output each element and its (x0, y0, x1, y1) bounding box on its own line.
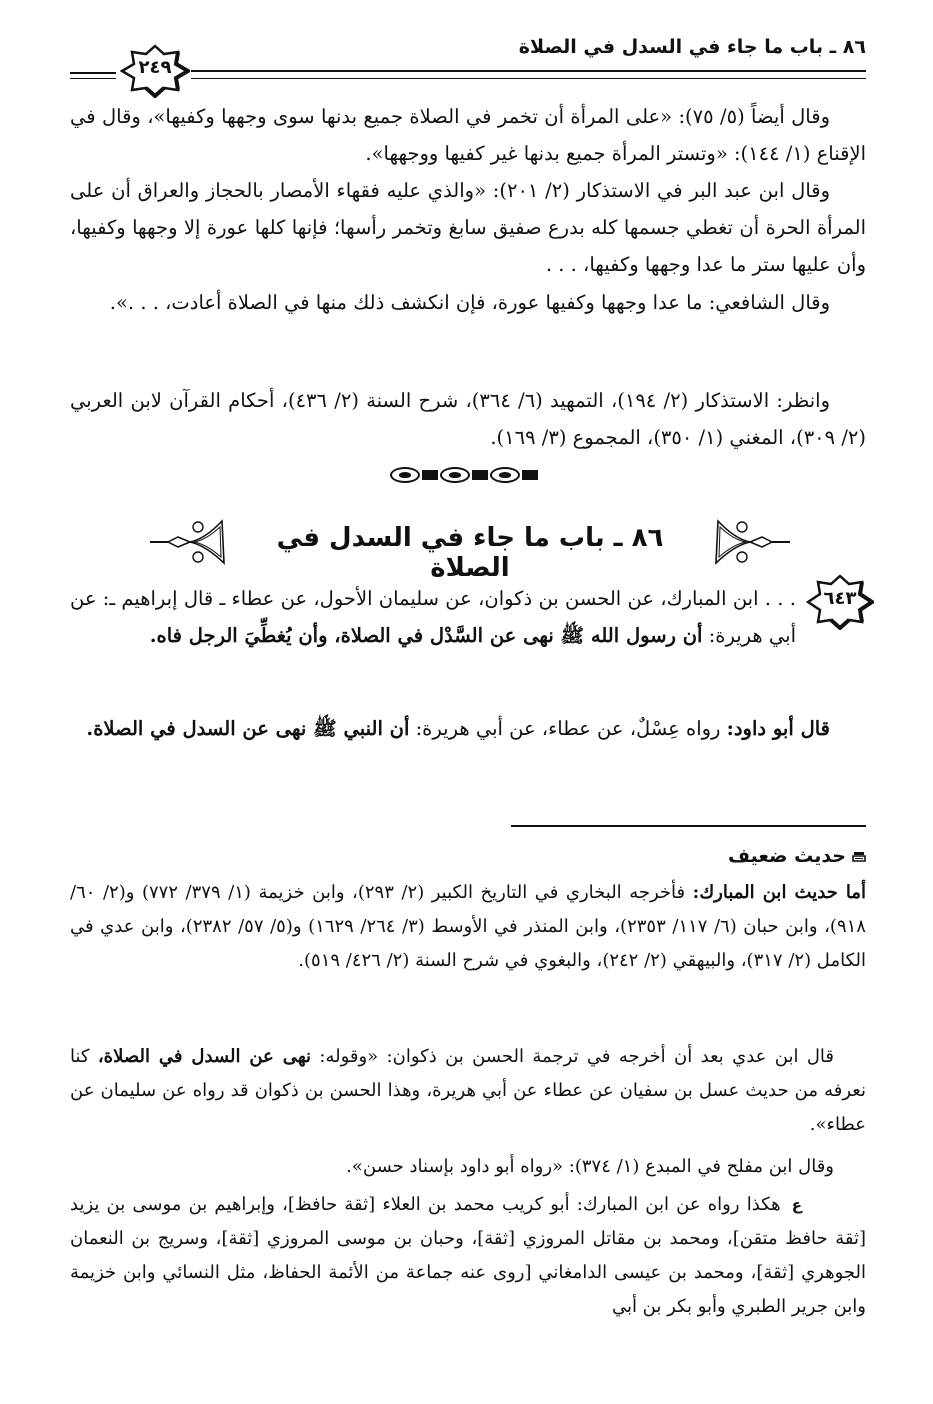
grading-label: حديث ضعيف (728, 845, 846, 867)
ornament-bar (522, 470, 538, 480)
bullet-icon: ع (792, 1188, 834, 1222)
hadith-text: . . . ابن المبارك، عن الحسن بن ذكوان، عن… (70, 580, 866, 654)
flower-ornament-icon (440, 467, 470, 483)
flourish-left-icon (150, 517, 230, 567)
flourish-right-icon (710, 517, 790, 567)
footnote-paragraph: وقال ابن مفلح في المبدع (١/ ٣٧٤): «رواه … (70, 1150, 866, 1184)
ornament-divider (390, 466, 545, 484)
commentary-paragraph: وقال أيضاً (٥/ ٧٥): «على المرأة أن تخمر … (70, 98, 866, 172)
grading-heading: حديث ضعيف (728, 845, 866, 867)
flower-ornament-icon (390, 467, 420, 483)
hadith-matn: أن رسول الله ﷺ نهى عن السَّدْل في الصلاة… (150, 624, 703, 647)
footnote-separator (511, 825, 866, 827)
page-number: ٢٤٩ (120, 57, 190, 78)
ornament-bar (472, 470, 488, 480)
running-header: ٨٦ ـ باب ما جاء في السدل في الصلاة ٢٤٩ (70, 30, 866, 90)
footnote-paragraph: أما حديث ابن المبارك: فأخرجه البخاري في … (70, 876, 866, 978)
header-rule (191, 70, 866, 79)
flower-ornament-icon (490, 467, 520, 483)
book-icon (852, 849, 866, 863)
running-title: ٨٦ ـ باب ما جاء في السدل في الصلاة (519, 36, 866, 58)
abu-dawud-matn: أن النبي ﷺ نهى عن السدل في الصلاة. (86, 717, 409, 740)
chapter-heading: ٨٦ ـ باب ما جاء في السدل في الصلاة (150, 515, 790, 569)
ibn-adi-bold: نهى عن السدل في الصلاة، (98, 1046, 311, 1067)
footnote-paragraph: ع هكذا رواه عن ابن المبارك: أبو كريب محم… (70, 1188, 866, 1324)
book-page: ٨٦ ـ باب ما جاء في السدل في الصلاة ٢٤٩ و… (70, 0, 866, 1404)
chapter-title: ٨٦ ـ باب ما جاء في السدل في الصلاة (240, 523, 700, 583)
commentary-paragraph: وقال الشافعي: ما عدا وجهها وكفيها عورة، … (70, 284, 866, 321)
abu-dawud-remark: قال أبو داود: رواه عِسْلٌ، عن عطاء، عن أ… (70, 710, 866, 747)
ornament-bar (422, 470, 438, 480)
abu-dawud-text: رواه عِسْلٌ، عن عطاء، عن أبي هريرة: (416, 717, 721, 740)
commentary-paragraph: وانظر: الاستذكار (٢/ ١٩٤)، التمهيد (٦/ ٣… (70, 382, 866, 456)
page-number-badge: ٢٤٩ (120, 44, 190, 98)
ibn-mubarak-label: أما حديث ابن المبارك: (693, 882, 866, 903)
ibn-adi-intro: قال ابن عدي بعد أن أخرجه في ترجمة الحسن … (319, 1046, 834, 1067)
header-rule-left (70, 72, 116, 79)
abu-dawud-label: قال أبو داود: (727, 717, 830, 740)
narrators-text: هكذا رواه عن ابن المبارك: أبو كريب محمد … (70, 1194, 866, 1317)
commentary-paragraph: وقال ابن عبد البر في الاستذكار (٢/ ٢٠١):… (70, 172, 866, 283)
footnote-paragraph: قال ابن عدي بعد أن أخرجه في ترجمة الحسن … (70, 1040, 866, 1142)
